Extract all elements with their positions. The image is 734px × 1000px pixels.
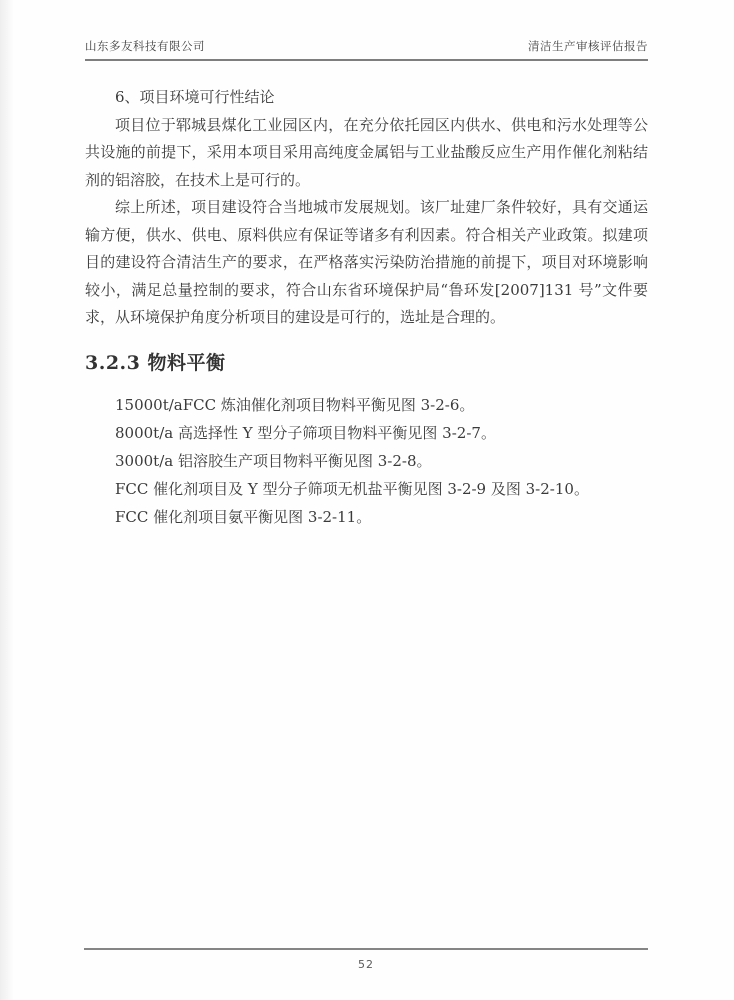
paragraph-summary: 综上所述，项目建设符合当地城市发展规划。该厂址建厂条件较好，具有交通运输方便，供… [85, 194, 648, 332]
document-page: 山东多友科技有限公司 清洁生产审核评估报告 6、项目环境可行性结论 项目位于郓城… [0, 0, 734, 1000]
list-item-y-zeolite: 8000t/a 高选择性 Y 型分子筛项目物料平衡见图 3-2-7。 [85, 419, 648, 447]
scan-shadow [0, 0, 14, 1000]
list-item-inorganic-salt: FCC 催化剂项目及 Y 型分子筛项无机盐平衡见图 3-2-9 及图 3-2-1… [85, 475, 648, 503]
page-header: 山东多友科技有限公司 清洁生产审核评估报告 [85, 38, 648, 61]
paragraph-feasibility: 项目位于郓城县煤化工业园区内，在充分依托园区内供水、供电和污水处理等公共设施的前… [85, 112, 648, 195]
material-balance-list: 15000t/aFCC 炼油催化剂项目物料平衡见图 3-2-6。 8000t/a… [85, 391, 648, 531]
page-number: 52 [358, 958, 374, 971]
conclusion-subheading: 6、项目环境可行性结论 [85, 84, 648, 112]
document-content: 6、项目环境可行性结论 项目位于郓城县煤化工业园区内，在充分依托园区内供水、供电… [85, 84, 648, 531]
page-footer: 52 [84, 948, 648, 972]
list-item-fcc-catalyst: 15000t/aFCC 炼油催化剂项目物料平衡见图 3-2-6。 [85, 391, 648, 419]
list-item-alumina-sol: 3000t/a 铝溶胶生产项目物料平衡见图 3-2-8。 [85, 447, 648, 475]
header-report-title: 清洁生产审核评估报告 [528, 38, 648, 54]
section-heading-material-balance: 3.2.3 物料平衡 [85, 351, 648, 375]
header-company-name: 山东多友科技有限公司 [85, 38, 205, 54]
list-item-ammonia-balance: FCC 催化剂项目氨平衡见图 3-2-11。 [85, 503, 648, 531]
